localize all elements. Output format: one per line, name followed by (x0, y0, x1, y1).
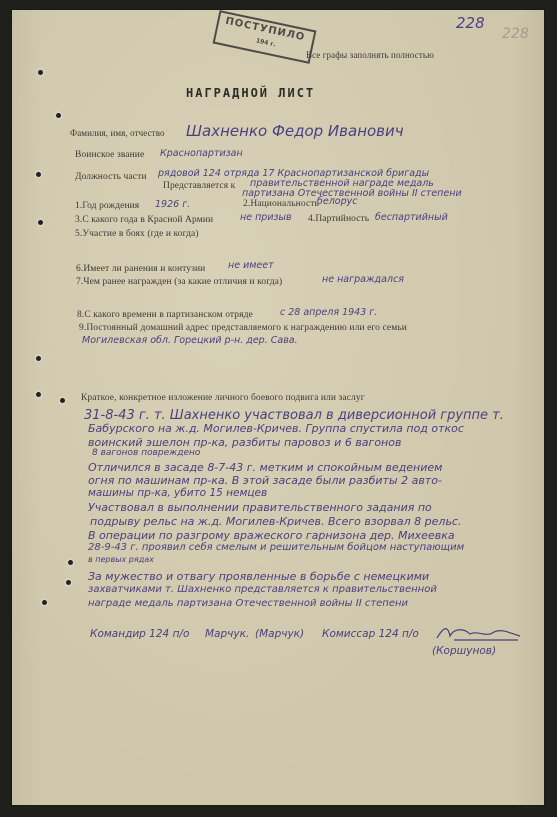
nationality-label: 2.Национальность (243, 199, 319, 209)
feat-line: 31-8-43 г. т. Шахненко участвовал в диве… (84, 408, 504, 423)
feat-label: Краткое, конкретное изложение личного бо… (81, 393, 365, 403)
awards-value: не награждался (322, 274, 404, 285)
archive-page-number-faded: 228 (502, 26, 529, 42)
punch-hole (56, 113, 61, 118)
address-value: Могилевская обл. Горецкий р-н. дер. Сава… (82, 335, 298, 346)
feat-line: Отличился в засаде 8-7-43 г. метким и сп… (88, 461, 442, 474)
position-label: Должность части (75, 172, 147, 182)
commander-signature: Марчук. (205, 628, 249, 640)
nationality-value: белорус (317, 196, 357, 207)
feat-line: машины пр-ка, убито 15 немцев (88, 487, 267, 499)
commissar-signature (434, 624, 524, 646)
feat-line: Бабурского на ж.д. Могилев-Кричев. Групп… (88, 422, 464, 435)
stamp-date: 194 г. (255, 37, 276, 48)
nominated-label: Представляется к (163, 181, 235, 191)
punch-hole (36, 356, 41, 361)
partisan-since-label: 8.С какого времени в партизанском отряде (77, 310, 253, 320)
punch-hole (38, 220, 43, 225)
punch-hole (66, 580, 71, 585)
awards-label: 7.Чем ранее награжден (за какие отличия … (76, 277, 282, 287)
feat-line: захватчиками т. Шахненко представляется … (88, 584, 437, 595)
punch-hole (38, 70, 43, 75)
feat-line: огня по машинам пр-ка. В этой засаде был… (88, 474, 442, 487)
birth-year-label: 1.Год рождения (75, 201, 139, 211)
feat-line: награде медаль партизана Отечественной в… (88, 598, 408, 609)
punch-hole (42, 600, 47, 605)
party-value: беспартийный (375, 212, 448, 223)
feat-line: в первых рядах (88, 555, 154, 564)
red-army-label: 3.С какого года в Красной Армии (75, 215, 213, 225)
wounds-label: 6.Имеет ли ранения и контузии (76, 264, 205, 274)
feat-line: За мужество и отвагу проявленные в борьб… (88, 570, 429, 583)
punch-hole (60, 398, 65, 403)
rank-value: Краснопартизан (160, 148, 243, 159)
feat-line: Участвовал в выполнении правительственно… (88, 501, 432, 514)
red-army-value: не призыв (240, 212, 292, 223)
rank-label: Воинское звание (75, 150, 144, 160)
name-value: Шахненко Федор Иванович (186, 122, 404, 140)
commissar-title: Комиссар 124 п/о (322, 628, 419, 640)
commander-title: Командир 124 п/о (90, 628, 189, 640)
punch-hole (36, 392, 41, 397)
archive-page-number: 228 (456, 14, 485, 32)
address-label: 9.Постоянный домашний адрес представляем… (79, 323, 407, 333)
partisan-since-value: с 28 апреля 1943 г. (280, 307, 377, 318)
birth-year-value: 1926 г. (155, 199, 190, 210)
party-label: 4.Партийность (308, 214, 369, 224)
feat-line: 28-9-43 г. проявил себя смелым и решител… (88, 542, 464, 553)
feat-line: 8 вагонов повреждено (92, 448, 200, 458)
name-label: Фамилия, имя, отчество (70, 128, 165, 138)
feat-line: подрыву рельс на ж.д. Могилев-Кричев. Вс… (90, 515, 461, 528)
commissar-name: (Коршунов) (432, 645, 496, 657)
punch-hole (36, 172, 41, 177)
document-title: НАГРАДНОЙ ЛИСТ (186, 86, 315, 100)
wounds-value: не имеет (228, 260, 274, 271)
commander-name: (Марчук) (255, 628, 304, 640)
instruction-text: Все графы заполнять полностью (306, 50, 434, 60)
battles-label: 5.Участие в боях (где и когда) (75, 229, 199, 239)
punch-hole (68, 560, 73, 565)
feat-line: В операции по разгрому вражеского гарниз… (88, 529, 455, 542)
